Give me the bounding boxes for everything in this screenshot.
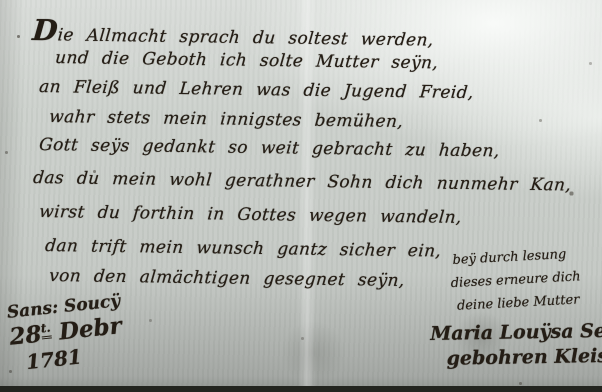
- manuscript-line-1: Die Allmacht sprach du soltest werden,: [31, 13, 435, 53]
- signature-birthname: gebohren Kleisten: [446, 343, 602, 371]
- manuscript-line-7: wirst du forthin in Gottes wegen wandeln…: [38, 202, 462, 228]
- manuscript-line-4: wahr stets mein innigstes bemühen,: [48, 107, 404, 132]
- date-day: 28: [8, 321, 43, 351]
- manuscript-line-6: das du mein wohl gerathner Sohn dich nun…: [32, 168, 572, 195]
- closing-note: beÿ durch lesung dieses erneure dich dei…: [452, 242, 582, 318]
- paper-specks: [0, 0, 1, 1]
- manuscript-line-9: von den almächtigen gesegnet seÿn,: [48, 266, 405, 291]
- manuscript-line-5: Gott seÿs gedankt so weit gebracht zu ha…: [38, 135, 500, 161]
- manuscript-letter-photo: Die Allmacht sprach du soltest werden, u…: [0, 0, 602, 392]
- date-day-suffix: t.: [40, 321, 52, 340]
- photo-bottom-edge: [0, 386, 602, 392]
- manuscript-line-2: und die Geboth ich solte Mutter seÿn,: [54, 48, 439, 73]
- signature-name: Maria Louÿsa Sellon: [430, 318, 602, 347]
- manuscript-line-8: dan trift mein wunsch gantz sicher ein,: [44, 236, 442, 262]
- place-date-block: Sans: Soucÿ 28t. Debr 1781: [6, 291, 127, 375]
- signature-block: Maria Louÿsa Sellon gebohren Kleisten: [430, 318, 602, 372]
- manuscript-line-3: an Fleiß und Lehren was die Jugend Freid…: [38, 77, 474, 103]
